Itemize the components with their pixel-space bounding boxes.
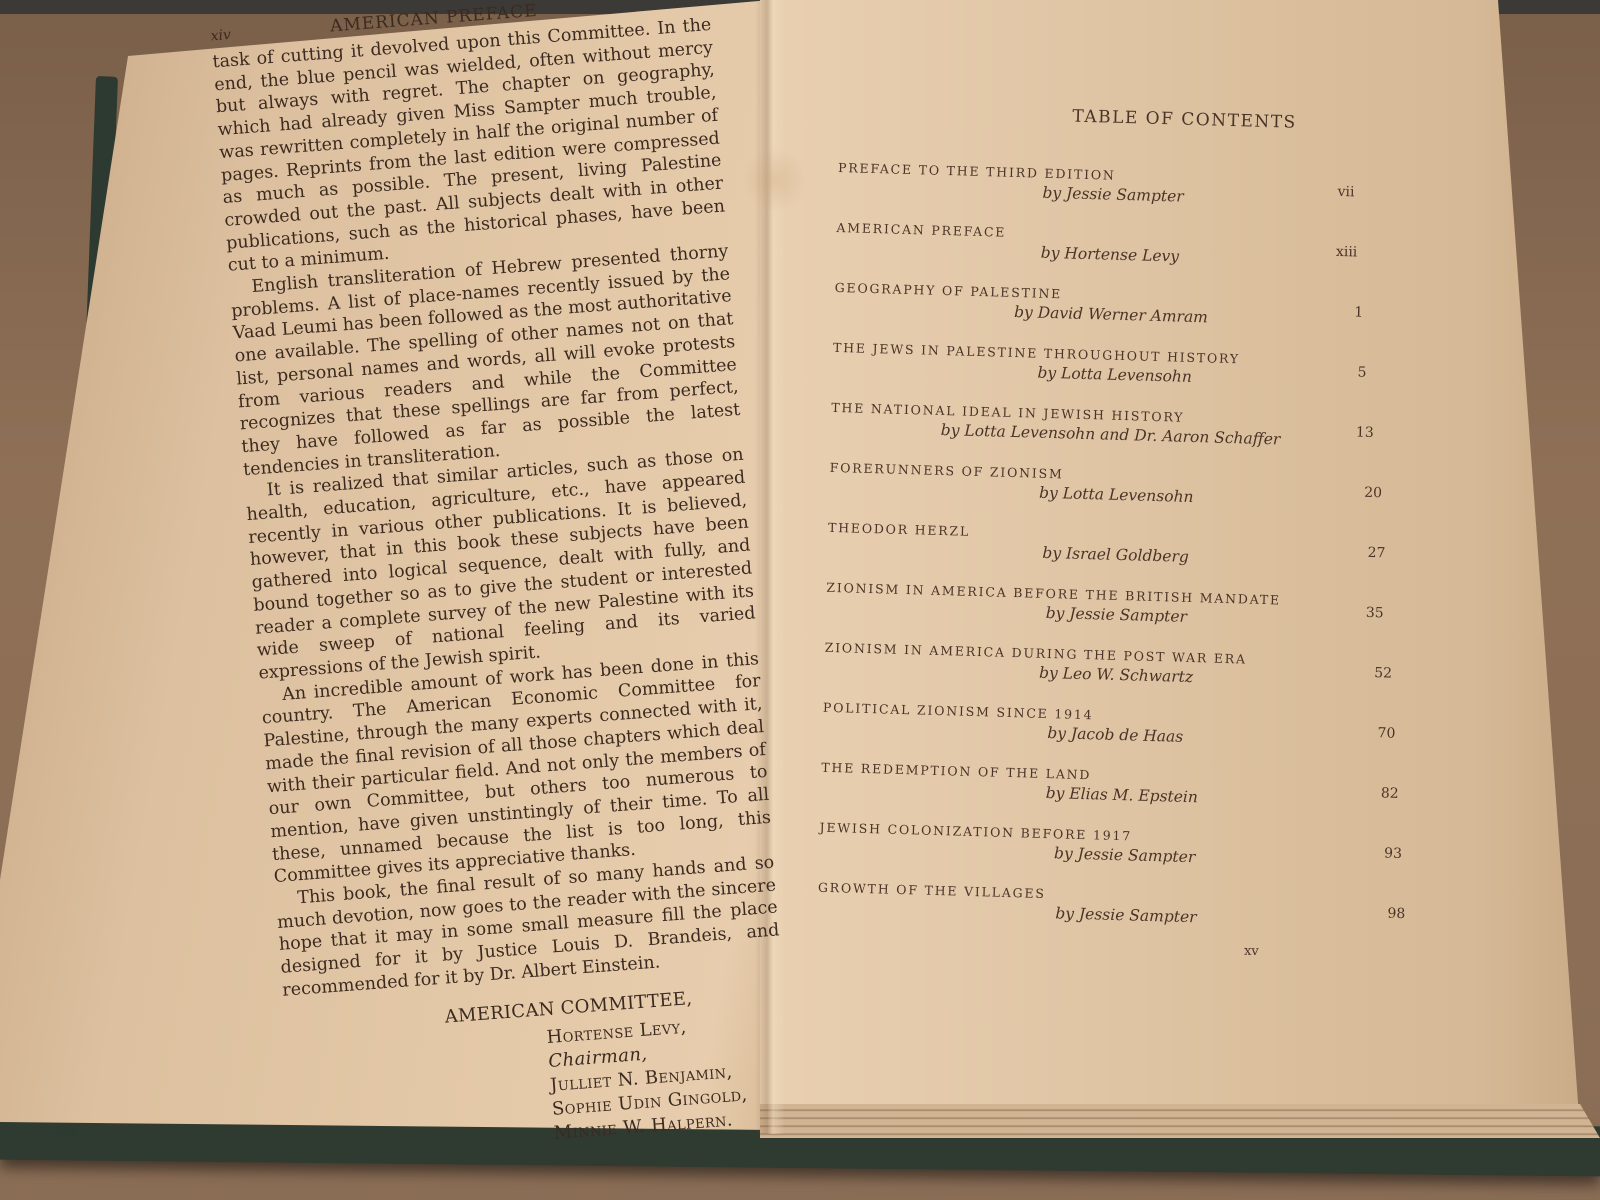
table-of-contents: TABLE OF CONTENTS Preface to the Third E… bbox=[816, 100, 1459, 964]
left-page-text: xiv AMERICAN PREFACE task of cutting it … bbox=[150, 0, 794, 1169]
toc-author: by Lotta Levensohn bbox=[1039, 484, 1194, 506]
member-name: Hortense Levy, bbox=[546, 1016, 687, 1047]
toc-chapter-title: Preface to the Third Edition bbox=[838, 160, 1116, 183]
toc-author: by Hortense Levy bbox=[1041, 244, 1180, 266]
toc-author: by Lotta Levensohn and Dr. Aaron Schaffe… bbox=[941, 421, 1281, 448]
toc-chapter-title: Theodor Herzl bbox=[828, 520, 970, 539]
toc-page-number: 82 bbox=[1381, 785, 1399, 801]
toc-author: by Jacob de Haas bbox=[1047, 724, 1183, 746]
preface-body: task of cutting it devolved upon this Co… bbox=[212, 14, 794, 1165]
toc-author: by Jessie Sampter bbox=[1055, 904, 1197, 926]
toc-page-number: 70 bbox=[1377, 725, 1395, 741]
paragraph: English transliteration of Hebrew presen… bbox=[229, 240, 743, 481]
page-number-left: xiv bbox=[210, 19, 331, 44]
paragraph: It is realized that similar articles, su… bbox=[244, 444, 758, 685]
paper-stain bbox=[740, 150, 810, 210]
toc-author: by Jessie Sampter bbox=[1042, 184, 1184, 206]
toc-page-number: 13 bbox=[1356, 425, 1374, 441]
toc-page-number: 52 bbox=[1374, 665, 1392, 681]
toc-author: by Leo W. Schwartz bbox=[1039, 664, 1193, 686]
toc-page-number: vii bbox=[1337, 184, 1354, 200]
toc-page-number: xiii bbox=[1336, 244, 1358, 261]
toc-page-number: 1 bbox=[1354, 304, 1363, 320]
paragraph: task of cutting it devolved upon this Co… bbox=[212, 14, 728, 278]
page-stack-edges bbox=[760, 1104, 1600, 1138]
toc-author: by Lotta Levensohn bbox=[1037, 364, 1192, 386]
toc-author: by Elias M. Epstein bbox=[1045, 784, 1198, 806]
toc-author: by Jessie Sampter bbox=[1054, 844, 1196, 866]
toc-page-number: 98 bbox=[1387, 906, 1405, 922]
toc-page-number: 27 bbox=[1367, 545, 1385, 561]
toc-author: by Jessie Sampter bbox=[1046, 604, 1188, 626]
toc-page-number: 5 bbox=[1357, 365, 1366, 381]
toc-page-number: 93 bbox=[1384, 845, 1402, 861]
toc-author: by David Werner Amram bbox=[1014, 303, 1208, 326]
toc-author: by Israel Goldberg bbox=[1042, 544, 1189, 566]
toc-page-number: 20 bbox=[1364, 485, 1382, 501]
paragraph: An incredible amount of work has been do… bbox=[259, 648, 773, 889]
toc-page-number: 35 bbox=[1366, 605, 1384, 621]
